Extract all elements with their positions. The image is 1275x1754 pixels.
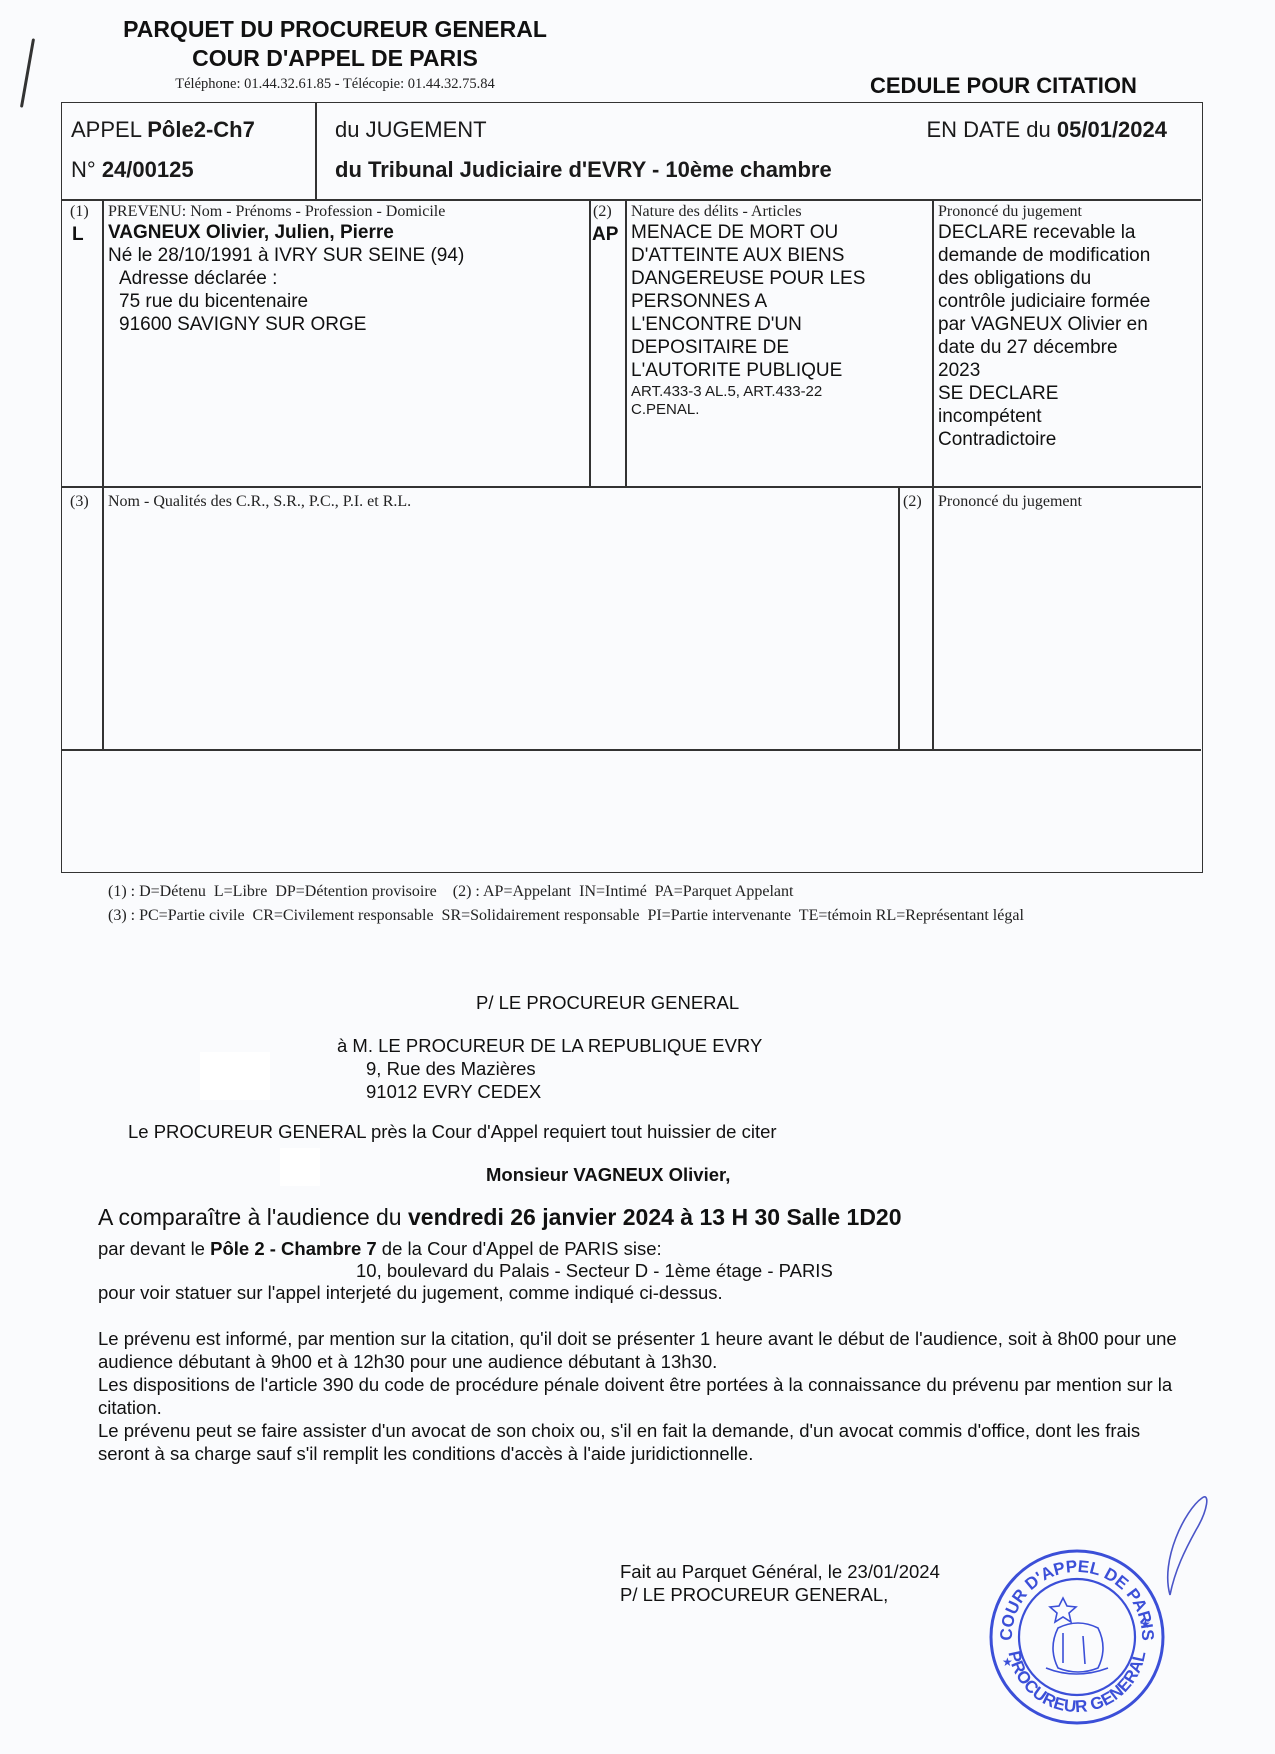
- offense-line: DEPOSITAIRE DE: [631, 336, 929, 359]
- prevenu-birth: Né le 28/10/1991 à IVRY SUR SEINE (94): [108, 244, 586, 267]
- ruling-line: demande de modification: [938, 244, 1200, 267]
- phone-fax-line: Téléphone: 01.44.32.61.85 - Télécopie: 0…: [100, 76, 570, 93]
- tribunal-name: du Tribunal Judiciaire d'EVRY - 10ème ch…: [335, 157, 832, 183]
- ruling-line: SE DECLARE: [938, 382, 1200, 405]
- court-line: par devant le Pôle 2 - Chambre 7 de la C…: [98, 1238, 662, 1260]
- articles-line-2: C.PENAL.: [631, 401, 929, 419]
- appel-reference: APPEL Pôle2-Ch7: [71, 117, 255, 143]
- svg-text:COUR D'APPEL DE PARIS: COUR D'APPEL DE PARIS: [997, 1557, 1157, 1641]
- hearing-line: A comparaître à l'audience du vendredi 2…: [98, 1204, 902, 1231]
- notice-presence: Le prévenu est informé, par mention sur …: [98, 1327, 1188, 1373]
- marker-2-parties: (2): [903, 493, 922, 511]
- requisition-text: Le PROCUREUR GENERAL près la Cour d'Appe…: [128, 1121, 777, 1143]
- document-page: PARQUET DU PROCUREUR GENERAL COUR D'APPE…: [0, 0, 1275, 1754]
- prevenu-name: VAGNEUX Olivier, Julien, Pierre: [108, 221, 586, 244]
- judgment-date: EN DATE du 05/01/2024: [926, 117, 1167, 143]
- date-label: EN DATE du: [926, 117, 1050, 142]
- jugement-label: du JUGEMENT: [335, 117, 487, 143]
- prevenu-cell: PREVENU: Nom - Prénoms - Profession - Do…: [108, 203, 586, 336]
- hearing-datetime-room: vendredi 26 janvier 2024 à 13 H 30 Salle…: [408, 1204, 902, 1230]
- legend-line-1: (1) : D=Détenu L=Libre DP=Détention prov…: [108, 883, 793, 901]
- court-suffix: de la Cour d'Appel de PARIS sise:: [377, 1238, 662, 1259]
- court-title: COUR D'APPEL DE PARIS: [100, 45, 570, 72]
- address-label: Adresse déclarée :: [108, 267, 586, 290]
- offense-line: DANGEREUSE POUR LES: [631, 267, 929, 290]
- marker-3: (3): [70, 493, 89, 511]
- address-line-1: 75 rue du bicentenaire: [108, 290, 586, 313]
- redaction-box: [200, 1052, 270, 1100]
- case-number: N° 24/00125: [71, 157, 194, 183]
- document-type-title: CEDULE POUR CITATION: [870, 73, 1137, 99]
- appel-value: Pôle2-Ch7: [147, 117, 255, 142]
- status-code: L: [72, 223, 84, 246]
- ruling-line: DECLARE recevable la: [938, 221, 1200, 244]
- official-stamp: COUR D'APPEL DE PARIS PROCUREUR GENERAL …: [988, 1548, 1166, 1726]
- recipient-address-1: 9, Rue des Mazières: [366, 1058, 536, 1080]
- date-value: 05/01/2024: [1057, 117, 1167, 142]
- ruling-line: contrôle judiciaire formée: [938, 290, 1200, 313]
- court-chamber: Pôle 2 - Chambre 7: [210, 1238, 377, 1259]
- marker-2: (2): [593, 203, 612, 221]
- notice-article-390: Les dispositions de l'article 390 du cod…: [98, 1373, 1188, 1419]
- signatory: P/ LE PROCUREUR GENERAL,: [620, 1584, 888, 1606]
- prevenu-header: PREVENU: Nom - Prénoms - Profession - Do…: [108, 203, 586, 221]
- pen-mark: [20, 38, 35, 107]
- number-value: 24/00125: [102, 157, 194, 182]
- ruling-line: 2023: [938, 359, 1200, 382]
- recipient: à M. LE PROCUREUR DE LA REPUBLIQUE EVRY: [337, 1035, 762, 1057]
- redaction-box: [280, 1148, 320, 1186]
- prononce-header: Prononcé du jugement: [938, 203, 1200, 221]
- pg-line: P/ LE PROCUREUR GENERAL: [476, 992, 739, 1014]
- case-table: APPEL Pôle2-Ch7 N° 24/00125 du JUGEMENT …: [61, 102, 1203, 873]
- number-label: N°: [71, 157, 96, 182]
- ruling-line: incompétent: [938, 405, 1200, 428]
- role-code: AP: [592, 223, 618, 246]
- articles-line-1: ART.433-3 AL.5, ART.433-22: [631, 383, 929, 401]
- address-line-2: 91600 SAVIGNY SUR ORGE: [108, 313, 586, 336]
- offense-line: L'AUTORITE PUBLIQUE: [631, 359, 929, 382]
- svg-text:★: ★: [1002, 1655, 1013, 1669]
- delits-header: Nature des délits - Articles: [631, 203, 929, 221]
- offense-description: MENACE DE MORT OUD'ATTEINTE AUX BIENSDAN…: [631, 221, 929, 382]
- parties-prononce-header: Prononcé du jugement: [938, 493, 1082, 511]
- parties-header: Nom - Qualités des C.R., S.R., P.C., P.I…: [108, 493, 411, 511]
- svg-text:★: ★: [1140, 1617, 1151, 1631]
- offense-line: MENACE DE MORT OU: [631, 221, 929, 244]
- notice-lawyer: Le prévenu peut se faire assister d'un a…: [98, 1419, 1188, 1465]
- legend-line-2: (3) : PC=Partie civile CR=Civilement res…: [108, 907, 1024, 925]
- prononce-cell: Prononcé du jugement DECLARE recevable l…: [938, 203, 1200, 451]
- ruling-line: des obligations du: [938, 267, 1200, 290]
- court-address: 10, boulevard du Palais - Secteur D - 1è…: [356, 1260, 833, 1282]
- delits-cell: Nature des délits - Articles MENACE DE M…: [631, 203, 929, 419]
- office-title: PARQUET DU PROCUREUR GENERAL: [100, 16, 570, 43]
- offense-line: D'ATTEINTE AUX BIENS: [631, 244, 929, 267]
- place-date: Fait au Parquet Général, le 23/01/2024: [620, 1561, 940, 1583]
- cited-person: Monsieur VAGNEUX Olivier,: [486, 1164, 730, 1186]
- offense-line: PERSONNES A: [631, 290, 929, 313]
- offense-line: L'ENCONTRE D'UN: [631, 313, 929, 336]
- ruling-line: date du 27 décembre: [938, 336, 1200, 359]
- judgment-ruling: DECLARE recevable lademande de modificat…: [938, 221, 1200, 451]
- hearing-prefix: A comparaître à l'audience du: [98, 1204, 408, 1230]
- purpose-text: pour voir statuer sur l'appel interjeté …: [98, 1282, 723, 1304]
- ruling-line: par VAGNEUX Olivier en: [938, 313, 1200, 336]
- recipient-address-2: 91012 EVRY CEDEX: [366, 1081, 541, 1103]
- appel-label: APPEL: [71, 117, 141, 142]
- marker-1: (1): [70, 203, 89, 221]
- ruling-line: Contradictoire: [938, 428, 1200, 451]
- court-prefix: par devant le: [98, 1238, 210, 1259]
